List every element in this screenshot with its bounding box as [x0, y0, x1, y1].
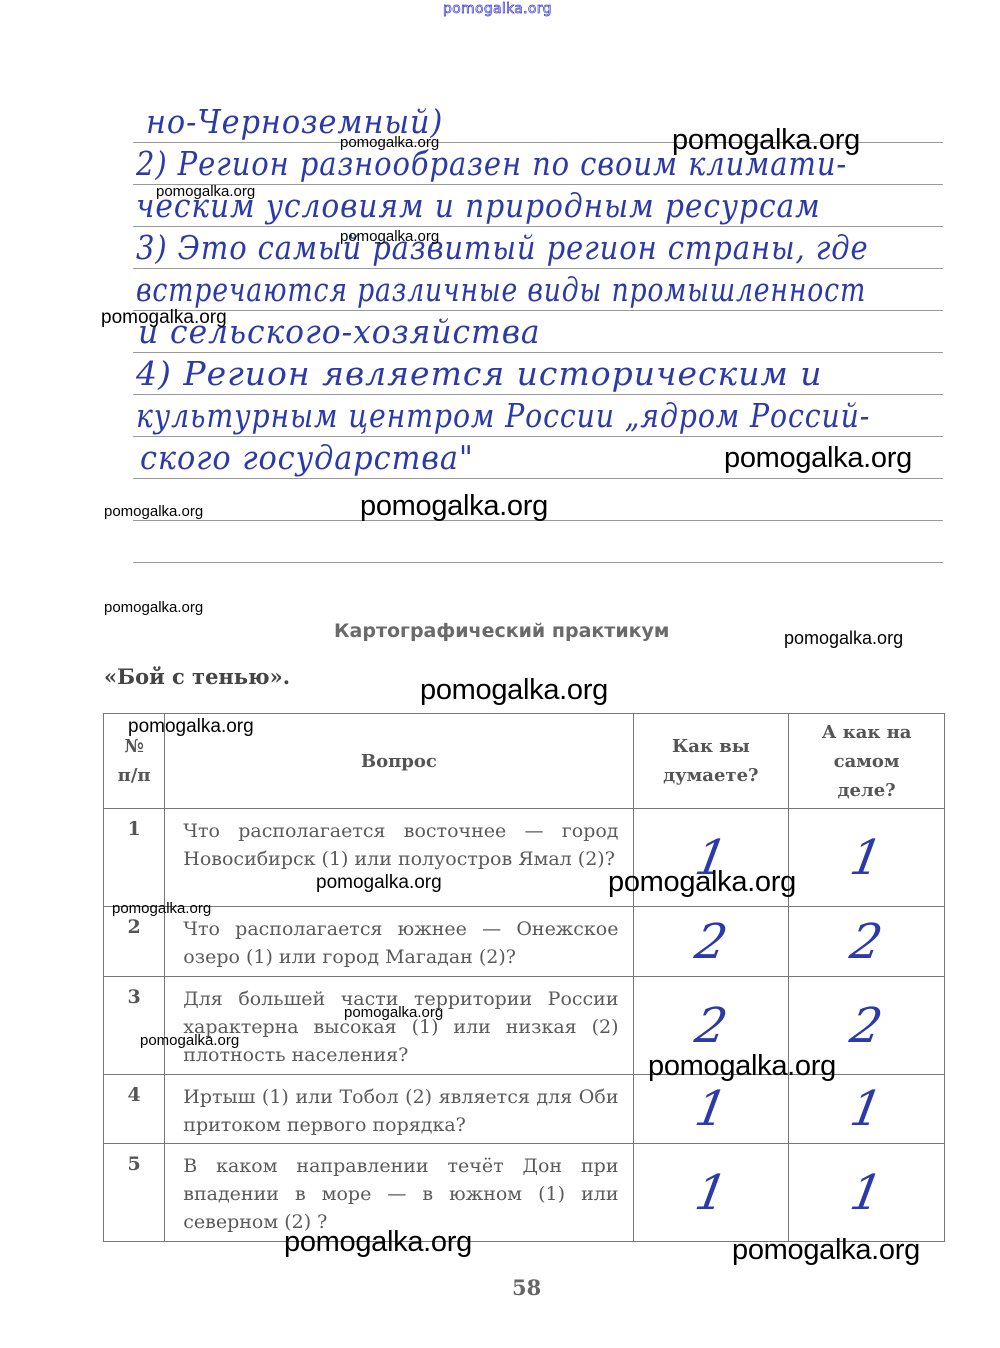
ruled-line — [133, 562, 943, 563]
watermark: pomogalka.org — [112, 900, 211, 917]
row-number: 3 — [104, 977, 165, 1075]
table-row: 5 В каком направлении течёт Дон при впад… — [104, 1144, 945, 1242]
ruled-line — [133, 310, 943, 311]
row-number: 2 — [104, 907, 165, 977]
watermark: pomogalka.org — [360, 490, 548, 523]
actual-answer: 2 — [846, 914, 886, 970]
watermark: pomogalka.org — [104, 599, 203, 616]
watermark: pomogalka.org — [156, 183, 255, 200]
ruled-line — [133, 436, 943, 437]
actual-answer: 1 — [846, 1165, 886, 1221]
table-row: 1 Что располагается восточнее — город Но… — [104, 809, 945, 907]
guess-cell[interactable]: 1 — [633, 1075, 789, 1144]
guess-answer: 1 — [691, 1081, 731, 1137]
guess-cell[interactable]: 2 — [633, 907, 789, 977]
actual-cell[interactable]: 1 — [789, 809, 945, 907]
header-actual: А как на самом деле? — [789, 714, 945, 809]
ruled-line — [133, 478, 943, 479]
handwritten-line: 4) Регион является историческим и — [136, 354, 823, 393]
row-question: Для большей части территории России хара… — [165, 977, 633, 1075]
row-question: Иртыш (1) или Тобол (2) является для Оби… — [165, 1075, 633, 1144]
watermark: pomogalka.org — [672, 124, 860, 157]
actual-answer: 1 — [846, 1081, 886, 1137]
watermark: pomogalka.org — [420, 674, 608, 707]
ruled-line — [133, 268, 943, 269]
handwritten-line: 3) Это самый развитый регион страны, где — [136, 228, 869, 267]
actual-cell[interactable]: 1 — [789, 1144, 945, 1242]
actual-answer: 1 — [846, 830, 886, 886]
guess-cell[interactable]: 1 — [633, 1144, 789, 1242]
guess-answer: 2 — [691, 998, 731, 1054]
watermark: pomogalka.org — [284, 1226, 472, 1259]
watermark: pomogalka.org — [784, 628, 903, 649]
task-title: «Бой с тенью». — [104, 664, 290, 689]
watermark: pomogalka.org — [140, 1032, 239, 1049]
table-row: 4 Иртыш (1) или Тобол (2) является для О… — [104, 1075, 945, 1144]
row-number: 5 — [104, 1144, 165, 1242]
row-number: 1 — [104, 809, 165, 907]
ruled-line — [133, 226, 943, 227]
watermark: pomogalka.org — [724, 442, 912, 475]
page-number: 58 — [512, 1275, 541, 1300]
ruled-line — [133, 352, 943, 353]
actual-answer: 2 — [846, 998, 886, 1054]
ruled-line — [133, 394, 943, 395]
actual-cell[interactable]: 1 — [789, 1075, 945, 1144]
watermark: pomogalka.org — [608, 866, 796, 899]
actual-cell[interactable]: 2 — [789, 907, 945, 977]
guess-answer: 2 — [691, 914, 731, 970]
watermark: pomogalka.org — [340, 228, 439, 245]
watermark: pomogalka.org — [340, 134, 439, 151]
header-guess: Как вы думаете? — [633, 714, 789, 809]
watermark: pomogalka.org — [104, 503, 203, 520]
watermark: pomogalka.org — [732, 1234, 920, 1267]
watermark: pomogalka.org — [316, 872, 442, 894]
watermark: pomogalka.org — [101, 307, 227, 329]
guess-answer: 1 — [691, 1165, 731, 1221]
watermark: pomogalka.org — [344, 1004, 443, 1021]
row-number: 4 — [104, 1075, 165, 1144]
handwritten-line: культурным центром России „ядром Россий- — [136, 396, 870, 435]
top-watermark: pomogalka.org — [443, 1, 552, 17]
watermark: pomogalka.org — [648, 1050, 836, 1083]
watermark: pomogalka.org — [128, 716, 254, 738]
row-question: Что располагается южнее — Онежское озеро… — [165, 907, 633, 977]
quiz-table: № п/п Вопрос Как вы думаете? А как на са… — [103, 713, 945, 1242]
section-title: Картографический практикум — [334, 620, 669, 642]
handwritten-line: встречаются различные виды промышленност — [136, 270, 866, 309]
table-row: 2 Что располагается южнее — Онежское озе… — [104, 907, 945, 977]
handwritten-line: ского государства" — [140, 438, 474, 477]
